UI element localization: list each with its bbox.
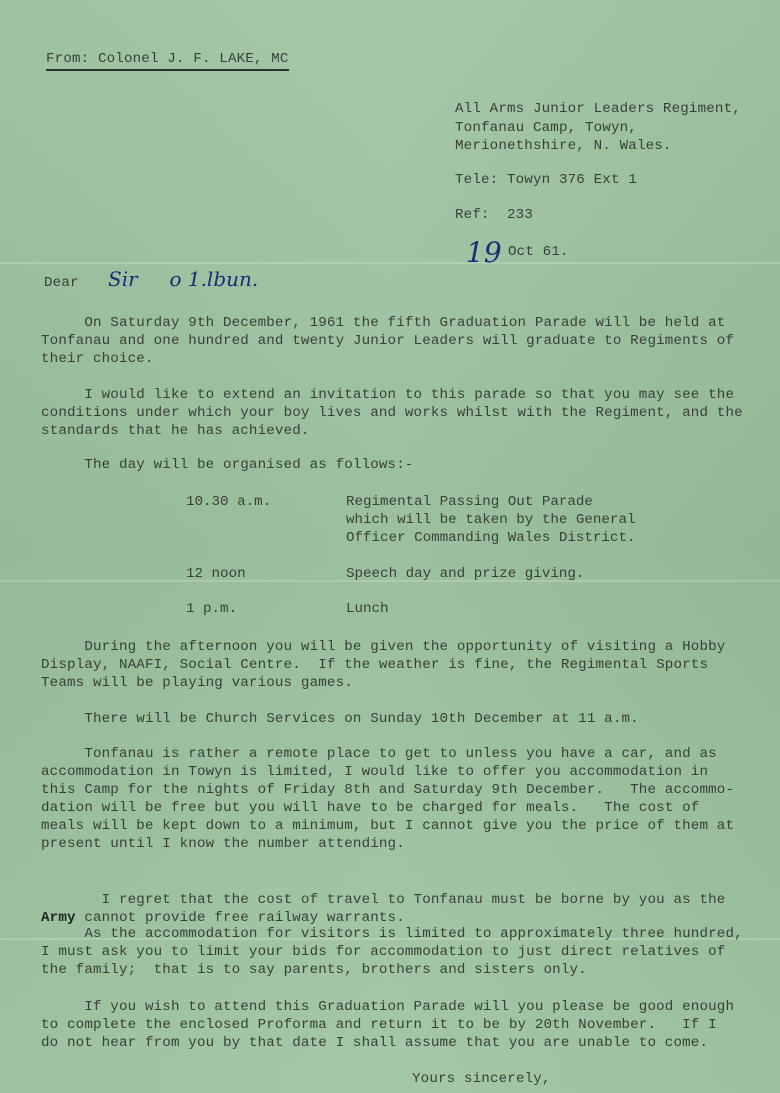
paragraph-church: There will be Church Services on Sunday … [41,710,776,728]
paragraph-graduation: On Saturday 9th December, 1961 the fifth… [41,314,776,368]
paragraph-travel: I regret that the cost of travel to Tonf… [41,873,776,927]
date: Oct 61. [508,243,569,261]
paragraph-reply: If you wish to attend this Graduation Pa… [41,998,776,1052]
paragraph-accommodation: Tonfanau is rather a remote place to get… [41,745,776,853]
salutation: Dear [44,274,79,292]
army-word: Army [41,910,76,926]
paragraph-afternoon: During the afternoon you will be given t… [41,638,776,692]
closing: Yours sincerely, [412,1070,551,1088]
paragraph-visitors-limit: As the accommodation for visitors is lim… [41,925,776,979]
reference: Ref: 233 [455,206,533,224]
travel-line-2: cannot provide free railway warrants. [76,910,405,926]
address-line: Merionethshire, N. Wales. [455,137,672,155]
travel-line-1: I regret that the cost of travel to Tonf… [58,892,725,908]
schedule-time: 10.30 a.m. [186,493,271,511]
paragraph-schedule-intro: The day will be organised as follows:- [41,456,776,474]
address-line: Tonfanau Camp, Towyn, [455,119,637,137]
paper-fold-line [0,262,780,265]
schedule-desc: Lunch [346,600,389,618]
schedule-time: 1 p.m. [186,600,237,618]
paragraph-invitation: I would like to extend an invitation to … [41,386,776,440]
address-line: All Arms Junior Leaders Regiment, [455,100,741,118]
handwritten-date-day: 19 [466,236,502,269]
schedule-time: 12 noon [186,565,246,583]
schedule-desc: Regimental Passing Out Parade which will… [346,493,635,547]
handwritten-recipient: Sir o 1.lbun. [108,267,258,291]
schedule-desc: Speech day and prize giving. [346,565,584,583]
from-line: From: Colonel J. F. LAKE, MC [46,50,289,71]
telephone: Tele: Towyn 376 Ext 1 [455,171,637,189]
